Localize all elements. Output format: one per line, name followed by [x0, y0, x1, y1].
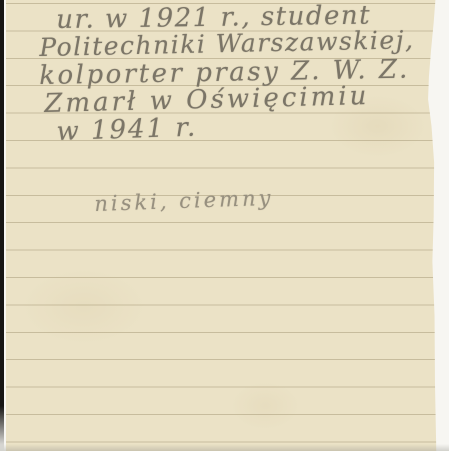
- scanned-note-page: ur. w 1921 r., student Politechniki Wars…: [0, 0, 449, 451]
- scanner-edge-strip: [0, 0, 4, 451]
- bottom-scan-shadow: [0, 444, 449, 451]
- handwritten-line-death-year: w 1941 r.: [56, 113, 198, 147]
